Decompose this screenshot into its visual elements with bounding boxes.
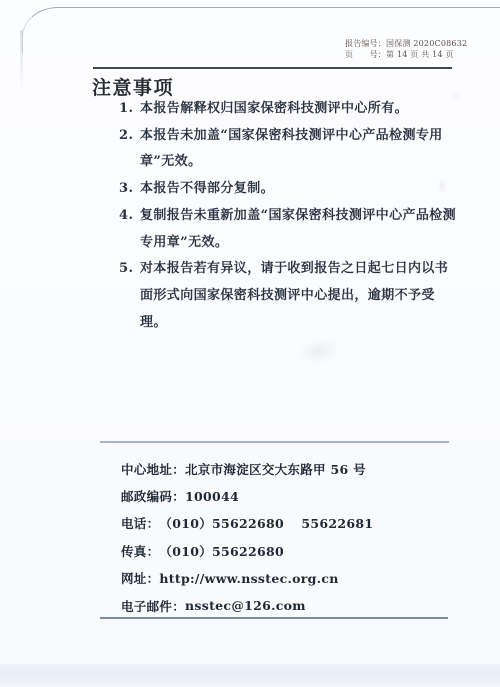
paper-left-edge-shadow xyxy=(20,30,23,90)
report-header: 报告编号：国保测 2020C08632 页 号：第 14 页 共 14 页 xyxy=(345,39,495,60)
contact-phone-value: （010）55622680 55622681 xyxy=(159,514,373,532)
notice-item-3: 3. 本报告不得部分复制。 xyxy=(119,176,461,203)
contact-bottom-rule xyxy=(100,617,448,619)
contact-block: 中心地址：北京市海淀区交大东路甲 56 号 邮政编码：100044 电话：（01… xyxy=(121,455,461,619)
notice-item-2: 2. 本报告未加盖“国家保密科技测评中心产品检测专用章”无效。 xyxy=(119,123,461,176)
report-number-line: 报告编号：国保测 2020C08632 xyxy=(345,39,495,50)
notice-number: 4. xyxy=(119,203,140,256)
notice-number: 5. xyxy=(119,256,140,336)
contact-fax-row: 传真：（010）55622680 xyxy=(121,537,461,564)
contact-email-label: 电子邮件： xyxy=(121,597,185,615)
notice-item-1: 1. 本报告解释权归国家保密科技测评中心所有。 xyxy=(119,96,461,123)
notice-number: 2. xyxy=(119,123,140,176)
contact-top-rule xyxy=(100,441,449,443)
notice-text: 复制报告未重新加盖“国家保密科技测评中心产品检测专用章”无效。 xyxy=(140,203,461,256)
report-number-value: 国保测 2020C08632 xyxy=(386,39,467,48)
notice-text: 本报告不得部分复制。 xyxy=(140,176,461,203)
scanner-bottom-strip xyxy=(0,664,500,687)
notices-list: 1. 本报告解释权归国家保密科技测评中心所有。 2. 本报告未加盖“国家保密科技… xyxy=(119,96,461,336)
contact-phone-label: 电话： xyxy=(121,514,159,532)
contact-address-value: 北京市海淀区交大东路甲 56 号 xyxy=(185,460,366,478)
contact-website-row: 网址：http://www.nsstec.org.cn xyxy=(121,565,461,592)
notice-text: 对本报告若有异议，请于收到报告之日起七日内以书面形式向国家保密科技测评中心提出，… xyxy=(140,256,461,336)
page-number-label: 页 号： xyxy=(345,50,386,59)
contact-website-label: 网址： xyxy=(121,569,159,587)
scan-smudge xyxy=(296,335,341,367)
contact-phone-row: 电话：（010）55622680 55622681 xyxy=(121,510,461,537)
contact-postcode-value: 100044 xyxy=(185,489,239,504)
page-number-value: 第 14 页 共 14 页 xyxy=(386,50,454,59)
notice-item-4: 4. 复制报告未重新加盖“国家保密科技测评中心产品检测专用章”无效。 xyxy=(119,203,461,256)
contact-postcode-row: 邮政编码：100044 xyxy=(121,482,461,509)
contact-postcode-label: 邮政编码： xyxy=(121,487,185,505)
page-number-line: 页 号：第 14 页 共 14 页 xyxy=(345,50,495,61)
contact-address-row: 中心地址：北京市海淀区交大东路甲 56 号 xyxy=(121,455,461,482)
report-number-label: 报告编号： xyxy=(345,39,386,48)
notice-text: 本报告解释权归国家保密科技测评中心所有。 xyxy=(140,96,461,123)
scanned-paper: 报告编号：国保测 2020C08632 页 号：第 14 页 共 14 页 注意… xyxy=(0,0,500,687)
contact-fax-value: （010）55622680 xyxy=(159,542,284,560)
contact-fax-label: 传真： xyxy=(121,542,159,560)
notice-number: 1. xyxy=(119,96,140,123)
contact-email-value: nsstec@126.com xyxy=(185,598,306,613)
notice-number: 3. xyxy=(119,176,140,203)
contact-website-value: http://www.nsstec.org.cn xyxy=(159,571,338,586)
contact-email-row: 电子邮件：nsstec@126.com xyxy=(121,592,461,619)
notice-item-5: 5. 对本报告若有异议，请于收到报告之日起七日内以书面形式向国家保密科技测评中心… xyxy=(119,256,461,336)
title-top-rule xyxy=(93,67,452,69)
notice-text: 本报告未加盖“国家保密科技测评中心产品检测专用章”无效。 xyxy=(140,123,461,176)
contact-address-label: 中心地址： xyxy=(121,460,185,478)
